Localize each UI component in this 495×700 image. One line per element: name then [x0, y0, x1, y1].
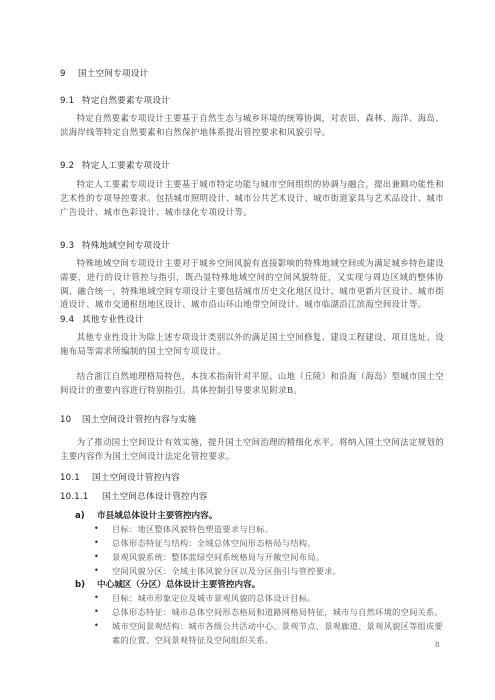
- list-item: •景观风貌系统：整体蓝绿空间系统格局与开敞空间布局。: [94, 550, 444, 564]
- heading-title: 国土空间专项设计: [78, 69, 148, 79]
- list-label: b): [75, 580, 97, 590]
- list-item-text: 城市空间景观结构：城市各级公共活动中心、景观节点、景观廊道、景观风貌区等组成要素…: [112, 619, 444, 647]
- paragraph-9-3: 特殊地域空间专项设计主要对于城乡空间风貌有直接影响的特殊地域空间或为满足城乡特色…: [60, 257, 444, 312]
- list-heading-b: b)中心城区（分区）总体设计主要管控内容。: [75, 578, 260, 590]
- bullet-icon: •: [94, 591, 99, 605]
- heading-section-9: 9国土空间专项设计: [60, 67, 148, 79]
- heading-title: 特殊地域空间专项设计: [82, 241, 170, 251]
- heading-section-10-1-1: 10.1.1国土空间总体设计管控内容: [60, 490, 208, 502]
- heading-number: 9.3: [60, 241, 82, 251]
- heading-section-9-3: 9.3特殊地域空间专项设计: [60, 239, 170, 251]
- paragraph-10: 为了推动国土空间设计有效实施，提升国土空间治理的精细化水平，将纳入国土空间法定规…: [60, 436, 444, 464]
- bullet-icon: •: [94, 605, 99, 619]
- list-item-text: 总体形态特征：城市总体空间形态格局和道路网格局特征，城市与自然环境的空间关系。: [112, 605, 444, 619]
- heading-title: 特定人工要素专项设计: [82, 161, 170, 171]
- heading-title: 其他专业性设计: [82, 315, 144, 325]
- heading-number: 10: [60, 415, 82, 425]
- paragraph-9-4-zhejiang: 结合浙江自然地理格局特色，本技术指南针对平原、山地（丘陵）和沿海（海岛）型城市国…: [60, 370, 444, 398]
- list-item-text: 目标：城市形象定位及城市景观风貌的总体设计目标。: [112, 591, 444, 605]
- document-page: 9国土空间专项设计 9.1特定自然要素专项设计 特定自然要素专项设计主要基于自然…: [0, 0, 495, 700]
- bullet-icon: •: [94, 522, 99, 536]
- list-item-text: 空间风貌分区：全域主体风貌分区以及分区指引与管控要求。: [112, 564, 444, 578]
- heading-number: 9.2: [60, 161, 82, 171]
- heading-title: 特定自然要素专项设计: [82, 96, 170, 106]
- heading-number: 9.1: [60, 96, 82, 106]
- bullet-icon: •: [94, 536, 99, 550]
- list-item-text: 景观风貌系统：整体蓝绿空间系统格局与开敞空间布局。: [112, 550, 444, 564]
- heading-title: 国土空间总体设计管控内容: [102, 492, 208, 502]
- paragraph-9-4: 其他专业性设计为除上述专项设计类别以外的满足国土空间修复、建设工程建设、项目选址…: [60, 331, 444, 359]
- heading-number: 9: [60, 69, 78, 79]
- list-item: •总体形态特征：城市总体空间形态格局和道路网格局特征，城市与自然环境的空间关系。: [94, 605, 444, 619]
- heading-number: 10.1: [60, 473, 92, 483]
- list-heading-text: 中心城区（分区）总体设计主要管控内容。: [97, 580, 260, 590]
- bullet-icon: •: [94, 619, 99, 633]
- list-heading-text: 市县域总体设计主要管控内容。: [97, 511, 217, 521]
- heading-number: 9.4: [60, 315, 82, 325]
- heading-section-9-2: 9.2特定人工要素专项设计: [60, 159, 170, 171]
- heading-title: 国土空间设计管控内容: [92, 473, 180, 483]
- list-item: •城市空间景观结构：城市各级公共活动中心、景观节点、景观廊道、景观风貌区等组成要…: [94, 619, 444, 647]
- page-number: 8: [435, 641, 439, 649]
- list-item: •空间风貌分区：全域主体风貌分区以及分区指引与管控要求。: [94, 564, 444, 578]
- heading-section-9-4: 9.4其他专业性设计: [60, 313, 144, 325]
- list-item-text: 总体形态特征与结构：全域总体空间形态格局与结构。: [112, 536, 444, 550]
- list-item: •总体形态特征与结构：全域总体空间形态格局与结构。: [94, 536, 444, 550]
- bullet-icon: •: [94, 564, 99, 578]
- heading-section-10-1: 10.1国土空间设计管控内容: [60, 471, 180, 483]
- list-item: •目标：地区整体风貌特色塑造要求与目标。: [94, 522, 444, 536]
- heading-title: 国土空间设计管控内容与实施: [82, 415, 196, 425]
- list-heading-a: a)市县域总体设计主要管控内容。: [75, 509, 217, 521]
- list-item-text: 目标：地区整体风貌特色塑造要求与目标。: [112, 522, 444, 536]
- heading-section-9-1: 9.1特定自然要素专项设计: [60, 94, 170, 106]
- heading-number: 10.1.1: [60, 492, 102, 502]
- paragraph-9-2: 特定人工要素专项设计主要基于城市特定功能与城市空间组织的协调与融合，提出兼顾功能…: [60, 178, 444, 219]
- list-item: •目标：城市形象定位及城市景观风貌的总体设计目标。: [94, 591, 444, 605]
- bullet-icon: •: [94, 550, 99, 564]
- list-label: a): [75, 511, 97, 521]
- paragraph-9-1: 特定自然要素专项设计主要基于自然生态与城乡环境的统筹协调，对农田、森林、海洋、海…: [60, 112, 444, 140]
- heading-section-10: 10国土空间设计管控内容与实施: [60, 413, 196, 425]
